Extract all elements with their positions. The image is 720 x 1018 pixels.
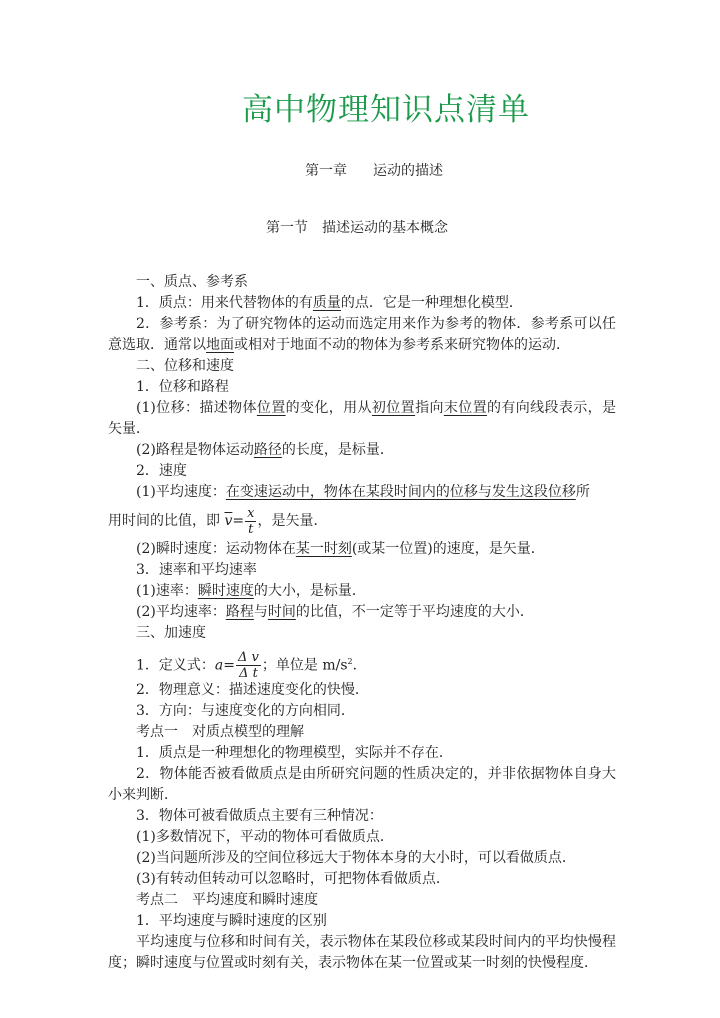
paragraph-kp1-3: 3．物体可被看做质点主要有三种情况： (108, 806, 616, 827)
text: (1)位移：描述物体 (136, 400, 257, 416)
text: (2)平均速率： (136, 604, 226, 620)
denominator: Δ t (236, 666, 261, 681)
text: 的大小，是标量． (254, 583, 366, 599)
paragraph-average-velocity-2: 用时间的比值，即 v=xt，是矢量． (108, 503, 616, 539)
text: 与 (254, 604, 268, 620)
text: ． (353, 658, 367, 674)
paragraph-instant-velocity: (2)瞬时速度：运动物体在某一时刻(或某一位置)的速度，是矢量． (108, 539, 616, 560)
paragraph-kp1-3a: (1)多数情况下，平动的物体可看做质点． (108, 827, 616, 848)
text: 的比值，不一定等于平均速度的大小． (296, 604, 534, 620)
text: 或相对于地面不动的物体为参考系来研究物体的运动． (234, 337, 570, 353)
heading-key-point-1: 考点一 对质点模型的理解 (108, 722, 616, 743)
paragraph-particle: 1．质点：用来代替物体的有质量的点．它是一种理想化模型． (108, 293, 616, 314)
section-heading: 第一节描述运动的基本概念 (266, 217, 448, 237)
paragraph-acceleration-direction: 3．方向：与速度变化的方向相同． (108, 701, 616, 722)
section-name: 描述运动的基本概念 (322, 220, 448, 236)
chapter-label: 第一章 (305, 163, 347, 179)
underlined-term: 初位置 (372, 400, 415, 416)
underlined-term: 发生这段位移 (492, 484, 576, 500)
paragraph-kp1-3c: (3)有转动但转动可以忽略时，可把物体看做质点． (108, 869, 616, 890)
paragraph-kp1-3b: (2)当问题所涉及的空间位移远大于物体本身的大小时，可以看做质点． (108, 848, 616, 869)
underlined-term: 质量 (313, 295, 341, 311)
formula-equals: = (223, 658, 235, 674)
text: (2)路程是物体运动 (136, 442, 254, 458)
formula-fraction: xt (245, 506, 256, 537)
chapter-heading: 第一章运动的描述 (305, 160, 443, 180)
paragraph-acceleration-definition: 1．定义式：a=Δ vΔ t；单位是 m/s2． (108, 644, 616, 680)
text: (或某一位置)的速度，是矢量． (352, 541, 545, 557)
underlined-term: 末位置 (444, 400, 487, 416)
formula-equals: = (232, 513, 244, 529)
text: 1．定义式： (136, 658, 215, 674)
subheading-velocity: 2．速度 (108, 461, 616, 482)
underlined-term: 路径 (254, 442, 282, 458)
underlined-term: 位置 (257, 400, 286, 416)
text: 的变化，用从 (286, 400, 372, 416)
numerator: x (245, 506, 256, 522)
document-title: 高中物理知识点清单 (26, 84, 720, 129)
underlined-term: 瞬时速度 (198, 583, 254, 599)
text: ，是矢量． (257, 513, 327, 529)
text: 用时间的比值，即 (108, 513, 220, 529)
paragraph-reference-frame: 2．参考系：为了研究物体的运动而选定用来作为参考的物体．参考系可以任意选取．通常… (108, 314, 616, 356)
paragraph-kp1-1: 1．质点是一种理想化的物理模型，实际并不存在． (108, 743, 616, 764)
paragraph-kp2-1: 1．平均速度与瞬时速度的区别 (108, 911, 616, 932)
text: (1)速率： (136, 583, 198, 599)
paragraph-displacement: (1)位移：描述物体位置的变化，用从初位置指向末位置的有向线段表示，是矢量． (108, 398, 616, 440)
paragraph-path: (2)路程是物体运动路径的长度，是标量． (108, 440, 616, 461)
underlined-term: 地面 (206, 337, 234, 353)
underlined-term: 时间 (268, 604, 296, 620)
subheading-speed: 3．速率和平均速率 (108, 560, 616, 581)
underlined-term: 某一时刻 (296, 541, 352, 557)
heading-key-point-2: 考点二 平均速度和瞬时速度 (108, 890, 616, 911)
paragraph-speed: (1)速率：瞬时速度的大小，是标量． (108, 581, 616, 602)
paragraph-acceleration-meaning: 2．物理意义：描述速度变化的快慢． (108, 680, 616, 701)
paragraph-average-velocity-1: (1)平均速度：在变速运动中，物体在某段时间内的位移与发生这段位移所 (108, 482, 616, 503)
document-body: 一、质点、参考系 1．质点：用来代替物体的有质量的点．它是一种理想化模型． 2．… (108, 272, 616, 974)
heading-displacement-velocity: 二、位移和速度 (108, 356, 616, 377)
text: (2)瞬时速度：运动物体在 (136, 541, 296, 557)
formula-fraction: Δ vΔ t (236, 650, 261, 681)
paragraph-kp1-2: 2．物体能否被看做质点是由所研究问题的性质决定的，并非依据物体自身大小来判断． (108, 764, 616, 806)
heading-particle-reference: 一、质点、参考系 (108, 272, 616, 293)
section-label: 第一节 (266, 220, 308, 236)
underlined-term: 在变速运动中，物体在某段时间内的位移与 (226, 484, 492, 500)
text: ；单位是 m/s (262, 658, 348, 674)
text: 所 (576, 484, 590, 500)
text: 的长度，是标量． (282, 442, 394, 458)
numerator: Δ v (236, 650, 261, 666)
denominator: t (245, 522, 256, 537)
text: 指向 (415, 400, 444, 416)
chapter-name: 运动的描述 (373, 163, 443, 179)
text: (1)平均速度： (136, 484, 226, 500)
text: 的点．它是一种理想化模型． (341, 295, 523, 311)
text: 1．质点：用来代替物体的有 (136, 295, 313, 311)
paragraph-kp2-body: 平均速度与位移和时间有关，表示物体在某段位移或某段时间内的平均快慢程度；瞬时速度… (108, 932, 616, 974)
subheading-displacement-path: 1．位移和路程 (108, 377, 616, 398)
heading-acceleration: 三、加速度 (108, 623, 616, 644)
underlined-term: 路程 (226, 604, 254, 620)
paragraph-average-speed: (2)平均速率：路程与时间的比值，不一定等于平均速度的大小． (108, 602, 616, 623)
